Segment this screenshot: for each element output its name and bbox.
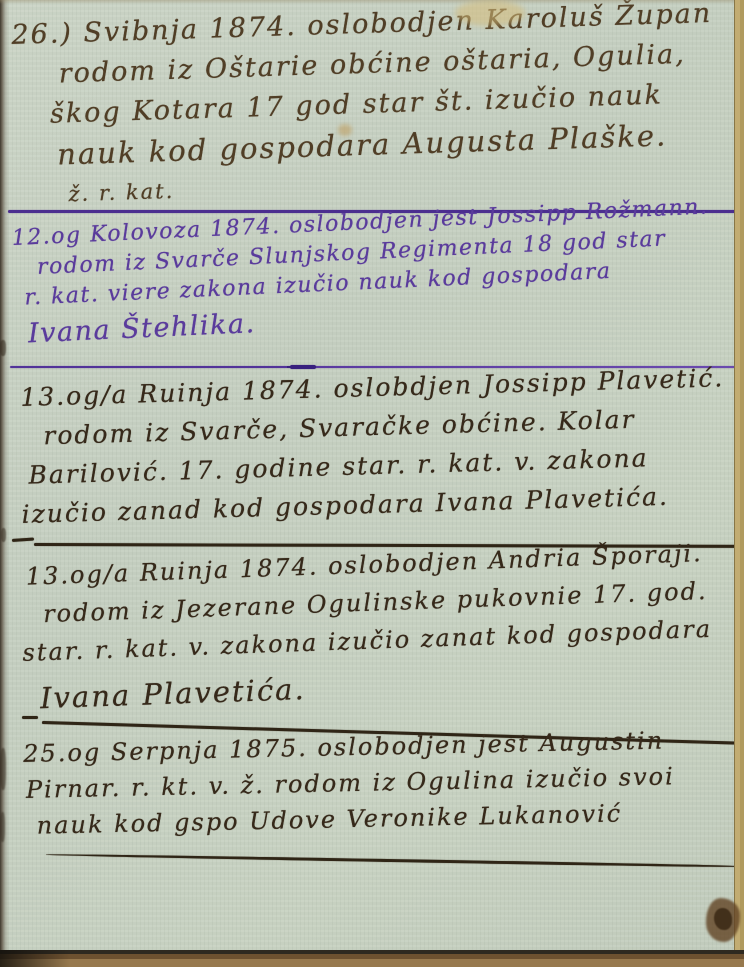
margin-ink-mark: [0, 748, 6, 790]
manuscript-page: 26.) Svibnja 1874. oslobodjen Karoluš Žu…: [0, 0, 744, 967]
entry-separator-dash: [12, 537, 34, 542]
ink-blot: [706, 898, 740, 942]
entry-separator: [46, 853, 736, 868]
page-left-edge: [0, 0, 9, 967]
ink-blot-core: [714, 908, 732, 930]
entry-separator-thick-segment: [290, 365, 316, 369]
margin-ink-mark: [1, 528, 6, 542]
margin-ink-mark: [0, 340, 6, 356]
page-bottom-corner-shadow: [0, 950, 70, 967]
register-entry-2: 12.og Kolovoza 1874. oslobodjen jest Jos…: [11, 191, 736, 350]
page-bottom-edge: [0, 950, 744, 967]
register-entry-4: 13.og/a Ruinja 1874. oslobodjen Andria Š…: [15, 533, 740, 718]
register-entry-5: 25.og Serpnja 1875. oslobodjen jest Augu…: [19, 721, 743, 844]
register-entry-1: 26.) Svibnja 1874. oslobodjen Karoluš Žu…: [7, 0, 733, 216]
margin-ink-mark: [0, 812, 5, 842]
register-entry-3: 13.og/a Ruinja 1874. oslobdjen Jossipp P…: [14, 358, 738, 534]
entry-separator-dash: [22, 716, 38, 719]
